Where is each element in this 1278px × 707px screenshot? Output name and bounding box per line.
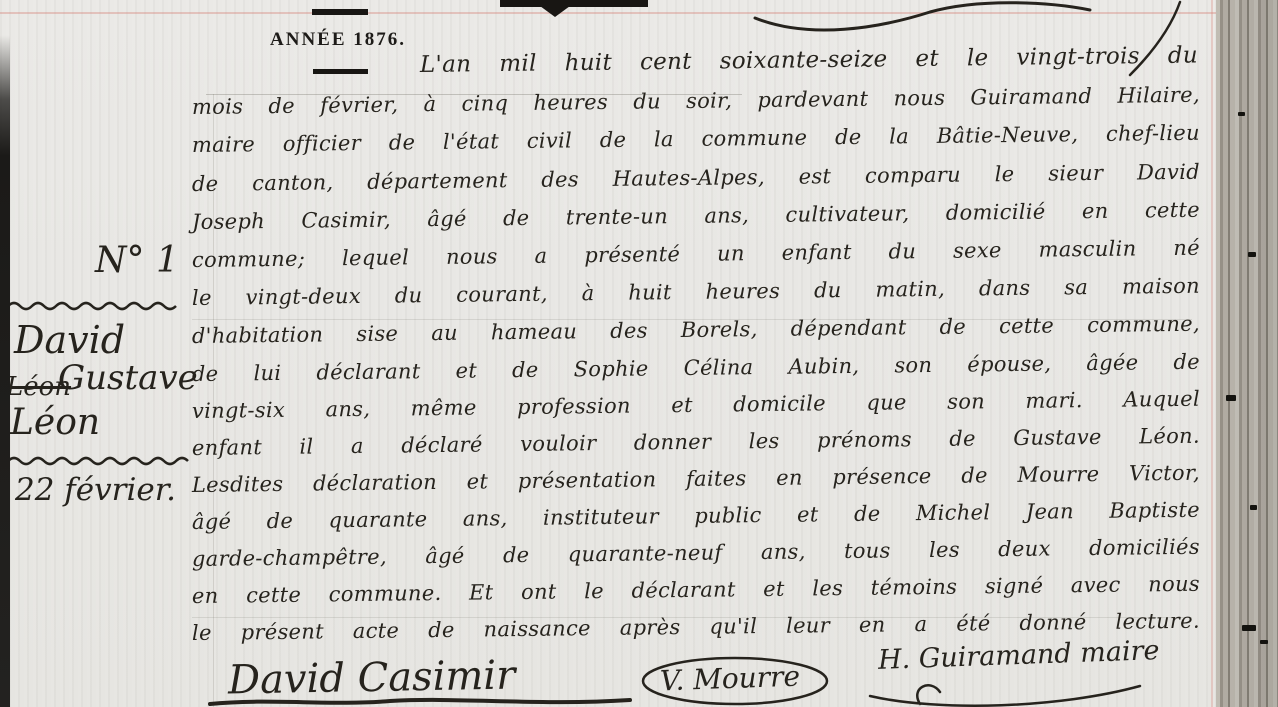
act-line: vingt-six ans, même profession et domici…	[192, 387, 1200, 429]
header-rule-top	[312, 9, 368, 15]
act-line: de canton, département des Hautes-Alpes,…	[192, 160, 1200, 202]
binding-stitch-mark	[1238, 112, 1245, 116]
margin-date: 22 février.	[15, 472, 176, 508]
act-line: Joseph Casimir, âgé de trente-un ans, cu…	[192, 198, 1200, 240]
margin-separator-squiggle	[8, 455, 193, 467]
signature-declarant: David Casimir	[228, 652, 516, 703]
cutoff-printed-ornament	[500, 0, 648, 7]
act-line: mois de février, à cinq heures du soir, …	[192, 83, 1200, 125]
cutoff-ornament-notch	[540, 6, 572, 18]
book-binding-gutter	[1216, 0, 1278, 707]
child-name-line1: David	[14, 318, 125, 362]
register-page-scan: ANNÉE 1876. N° 1 David Léon Gustave Léon…	[0, 0, 1278, 707]
margin-separator-squiggle	[8, 300, 188, 312]
binding-stitch-mark	[1226, 395, 1236, 401]
act-line: garde-champêtre, âgé de quarante-neuf an…	[192, 535, 1200, 577]
act-line: commune; lequel nous a présenté un enfan…	[192, 236, 1200, 278]
binding-stitch-mark	[1250, 505, 1257, 510]
signature-witness-flourish	[640, 655, 830, 707]
act-line: âgé de quarante ans, instituteur public …	[192, 498, 1200, 540]
act-line: maire officier de l'état civil de la com…	[192, 121, 1200, 163]
act-line: de lui déclarant et de Sophie Célina Aub…	[192, 350, 1200, 392]
year-header: ANNÉE 1876.	[270, 29, 406, 51]
binding-stitch-mark	[1248, 252, 1256, 257]
act-line: en cette commune. Et ont le déclarant et…	[192, 572, 1200, 614]
act-line: Lesdites déclaration et présentation fai…	[192, 461, 1200, 503]
child-name-line2: Gustave	[58, 358, 198, 398]
page-edge-shadow-left	[0, 0, 10, 707]
signature-mayor-flourish	[860, 678, 1160, 707]
binding-stitch-mark	[1242, 625, 1256, 631]
cutoff-signature-strokes-bottom	[210, 698, 640, 707]
printed-pink-gutter-line	[1211, 0, 1213, 707]
header-rule-bottom	[313, 69, 368, 74]
binding-stitch-mark	[1260, 640, 1268, 644]
record-number: N° 1	[95, 240, 179, 281]
act-line: le vingt-deux du courant, à huit heures …	[192, 274, 1200, 316]
act-line: L'an mil huit cent soixante-seize et le …	[420, 42, 1198, 82]
act-line: enfant il a déclaré vouloir donner les p…	[192, 424, 1200, 466]
child-name-line3: Léon	[10, 402, 100, 443]
